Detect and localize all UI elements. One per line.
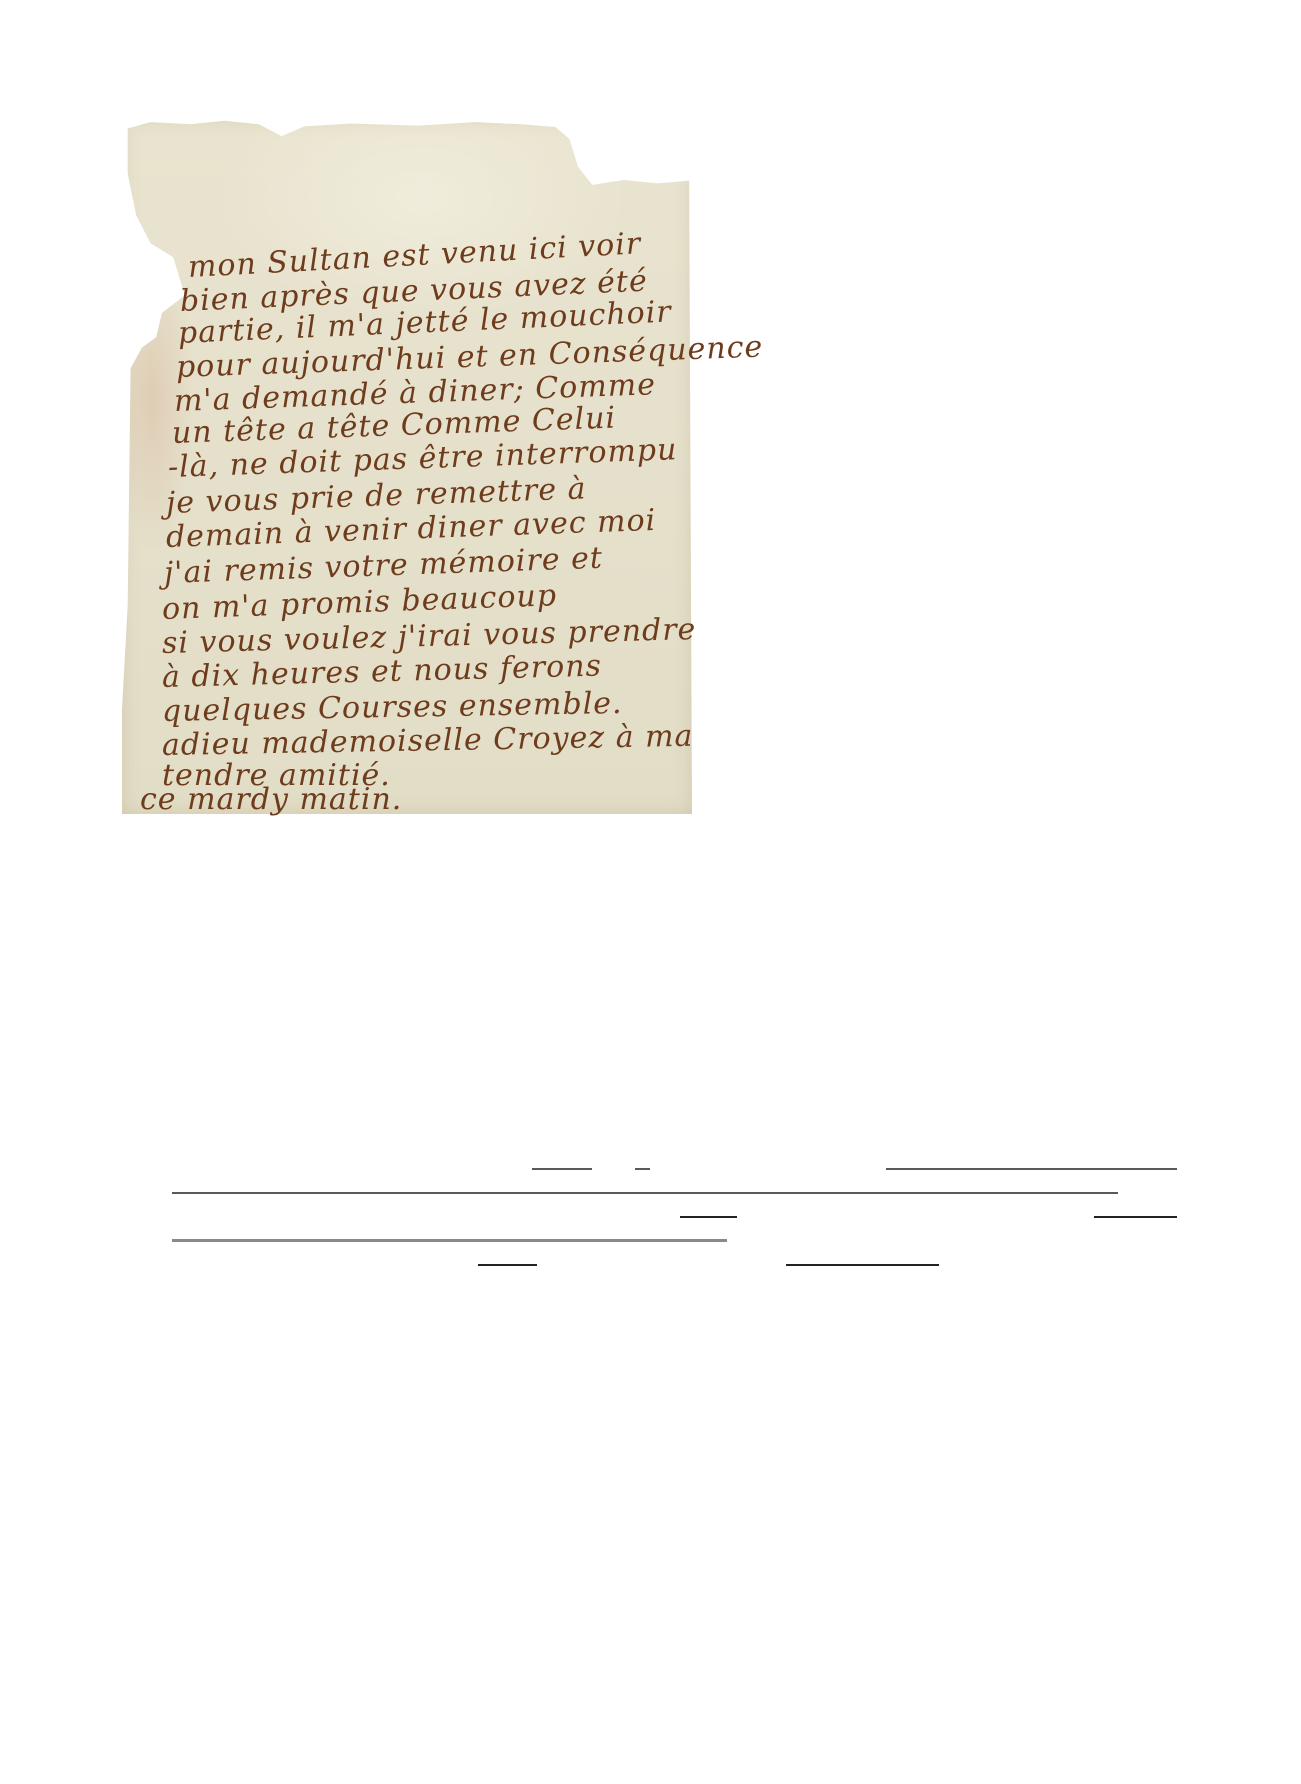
underline-segment (786, 1264, 939, 1266)
underline-segment (478, 1264, 537, 1266)
letter-text: mon Sultan est venu ici voir bien après … (122, 118, 692, 814)
underline-segment (1094, 1216, 1177, 1218)
underline-segment (635, 1168, 650, 1170)
underline-segment (172, 1239, 727, 1242)
underline-segment (680, 1216, 737, 1218)
handwritten-letter-image: mon Sultan est venu ici voir bien après … (122, 118, 692, 814)
underline-segment (172, 1192, 1118, 1194)
document-page: mon Sultan est venu ici voir bien après … (0, 0, 1301, 1784)
underline-segment (532, 1168, 592, 1170)
underline-segment (886, 1168, 1177, 1170)
letter-line: ce mardy matin. (140, 782, 402, 817)
